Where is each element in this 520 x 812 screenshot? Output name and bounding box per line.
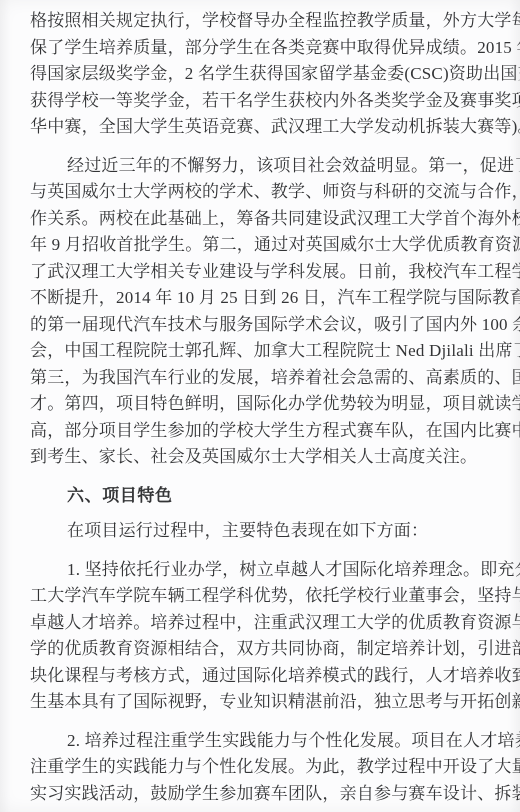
text-line: 2. 培养过程注重学生实践能力与个性化发展。项目在人才培养过程中尤其 [30,728,492,755]
paragraph-social-benefit: 经过近三年的不懈努力，该项目社会效益明显。第一，促进了武汉理工大学与英国威尔士大… [30,153,492,471]
text-line: 生基本具有了国际视野，专业知识精湛前沿，独立思考与开拓创新的素质。 [30,689,492,716]
paragraph-features-intro: 在项目运行过程中，主要特色表现在如下方面： [30,518,492,545]
paragraph-feature-1: 1. 坚持依托行业办学，树立卓越人才国际化培养理念。即充分利用武汉理工大学汽车学… [30,557,492,716]
paragraph-quality-assurance: 格按照相关规定执行，学校督导办全程监控教学质量，外方大学每年的外审，确保了学生培… [30,8,492,141]
text-line: 会，中国工程院院士郭孔辉、加拿大工程院院士 Ned Djilali 出席了此次会… [30,338,492,365]
section-heading: 六、项目特色 [30,483,492,510]
text-line: 实习实践活动，鼓励学生参加赛车团队，亲自参与赛车设计、拆装、训练与比赛 [30,781,492,808]
text-line: 格按照相关规定执行，学校督导办全程监控教学质量，外方大学每年的外审，确 [30,8,492,35]
text-line: 在项目运行过程中，主要特色表现在如下方面： [30,518,492,545]
text-line: 才。第四，项目特色鲜明，国际化办学优势较为明显，项目就读学生高考分数较 [30,391,492,418]
text-line: 注重学生的实践能力与个性化发展。为此，教学过程中开设了大量的课程设计与 [30,754,492,781]
text-line: 得国家层级奖学金，2 名学生获得国家留学基金委(CSC)资助出国交流，5 名学生 [30,61,492,88]
text-line: 华中赛，全国大学生英语竞赛、武汉理工大学发动机拆装大赛等)。 [30,114,492,141]
text-line: 1. 坚持依托行业办学，树立卓越人才国际化培养理念。即充分利用武汉理 [30,557,492,584]
text-line: 第三，为我国汽车行业的发展，培养着社会急需的、高素质的、国际化的专业人 [30,365,492,392]
text-line: 经过近三年的不懈努力，该项目社会效益明显。第一，促进了武汉理工大学 [30,153,492,180]
text-line: 到考生、家长、社会及英国威尔士大学相关人士高度关注。 [30,444,492,471]
text-line: 与英国威尔士大学两校的学术、教学、师资与科研的交流与合作，密切了友好合 [30,179,492,206]
text-line: 保了学生培养质量，部分学生在各类竞赛中取得优异成绩。2015 年，9 名学生获 [30,35,492,62]
document-page: 格按照相关规定执行，学校督导办全程监控教学质量，外方大学每年的外审，确保了学生培… [0,0,520,812]
text-line: 的第一届现代汽车技术与服务国际学术会议，吸引了国内外 100 余名专家学者参 [30,312,492,339]
text-line: 年 9 月招收首批学生。第二，通过对英国威尔士大学优质教育资源的引进，推动 [30,232,492,259]
text-line: 高，部分项目学生参加的学校大学生方程式赛车队，在国内比赛中频频获奖，受 [30,418,492,445]
text-line: 获得学校一等奖学金，若干名学生获校内外各类奖学金及赛事奖项(如数学建模 [30,88,492,115]
text-line: 工大学汽车学院车辆工程学科优势，依托学校行业董事会，坚持与行业结合进行 [30,583,492,610]
text-line: 卓越人才培养。培养过程中，注重武汉理工大学的优质教育资源与英国威尔士大 [30,610,492,637]
text-line: 不断提升，2014 年 10 月 25 日到 26 日，汽车工程学院与国际教育学… [30,285,492,312]
text-line: 作关系。两校在此基础上，筹备共同建设武汉理工大学首个海外校区，拟于 2016 [30,206,492,233]
paragraph-feature-2: 2. 培养过程注重学生实践能力与个性化发展。项目在人才培养过程中尤其注重学生的实… [30,728,492,808]
text-line: 块化课程与考核方式，通过国际化培养模式的践行，人才培养收到良好效果，学 [30,663,492,690]
text-line: 了武汉理工大学相关专业建设与学科发展。日前，我校汽车工程学院国际化水平 [30,259,492,286]
text-line: 学的优质教育资源相结合，双方共同协商，制定培养计划，引进部分英国大学模 [30,636,492,663]
